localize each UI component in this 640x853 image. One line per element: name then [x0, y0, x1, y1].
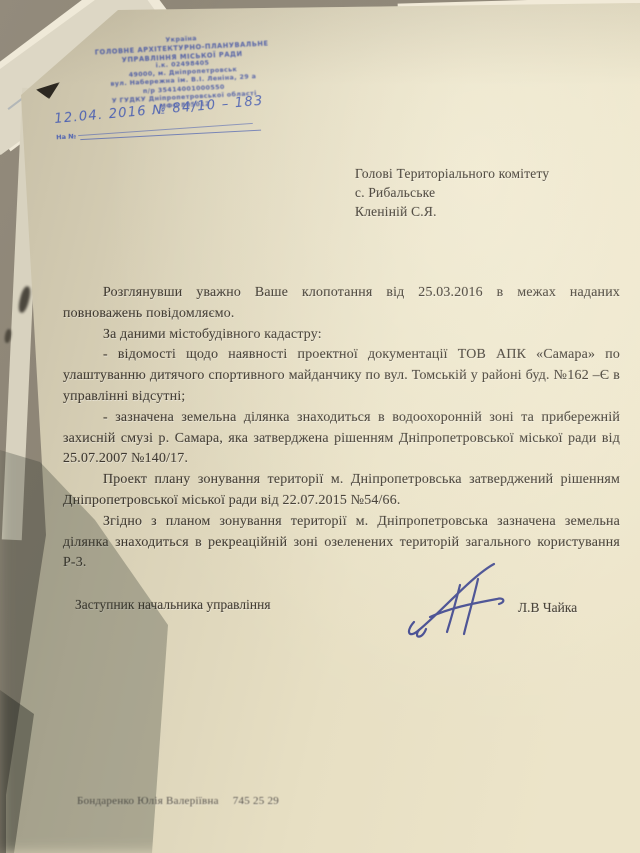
recipient-line: Голові Територіального комітету [355, 164, 549, 183]
recipient-block: Голові Територіального комітету с. Рибал… [355, 164, 549, 221]
recipient-line: Кленіній С.Я. [355, 202, 549, 221]
document-photo: Україна ГОЛОВНЕ АРХІТЕКТУРНО-ПЛАНУВАЛЬНЕ… [0, 0, 640, 853]
blank-underline [80, 122, 261, 140]
body-paragraph: - відомості щодо наявності проектної док… [63, 345, 620, 407]
signer-name: Л.В Чайка [518, 600, 577, 616]
signature-graphic [400, 558, 518, 646]
body-paragraph: Згідно з планом зонування території м. Д… [63, 512, 620, 574]
body-paragraph: Розглянувши уважно Ваше клопотання від 2… [63, 283, 620, 325]
body-paragraph: Проект плану зонування території м. Дніп… [63, 470, 620, 512]
executor-name: Бондаренко Юлія Валеріївна [77, 795, 219, 807]
executor-phone: 745 25 29 [233, 795, 279, 807]
paper-sheet: Україна ГОЛОВНЕ АРХІТЕКТУРНО-ПЛАНУВАЛЬНЕ… [0, 0, 640, 853]
reference-number-line: На № [56, 122, 261, 142]
na-label: На № [56, 132, 76, 141]
body-paragraph: За даними містобудівного кадастру: [63, 325, 620, 346]
executor-contact: Бондаренко Юлія Валеріївна745 25 29 [77, 795, 279, 807]
body-paragraph: - зазначена земельна ділянка знаходиться… [63, 408, 620, 470]
signer-title: Заступник начальника управління [75, 597, 271, 613]
letter-body: Розглянувши уважно Ваше клопотання від 2… [63, 283, 620, 574]
recipient-line: с. Рибальське [355, 183, 549, 202]
